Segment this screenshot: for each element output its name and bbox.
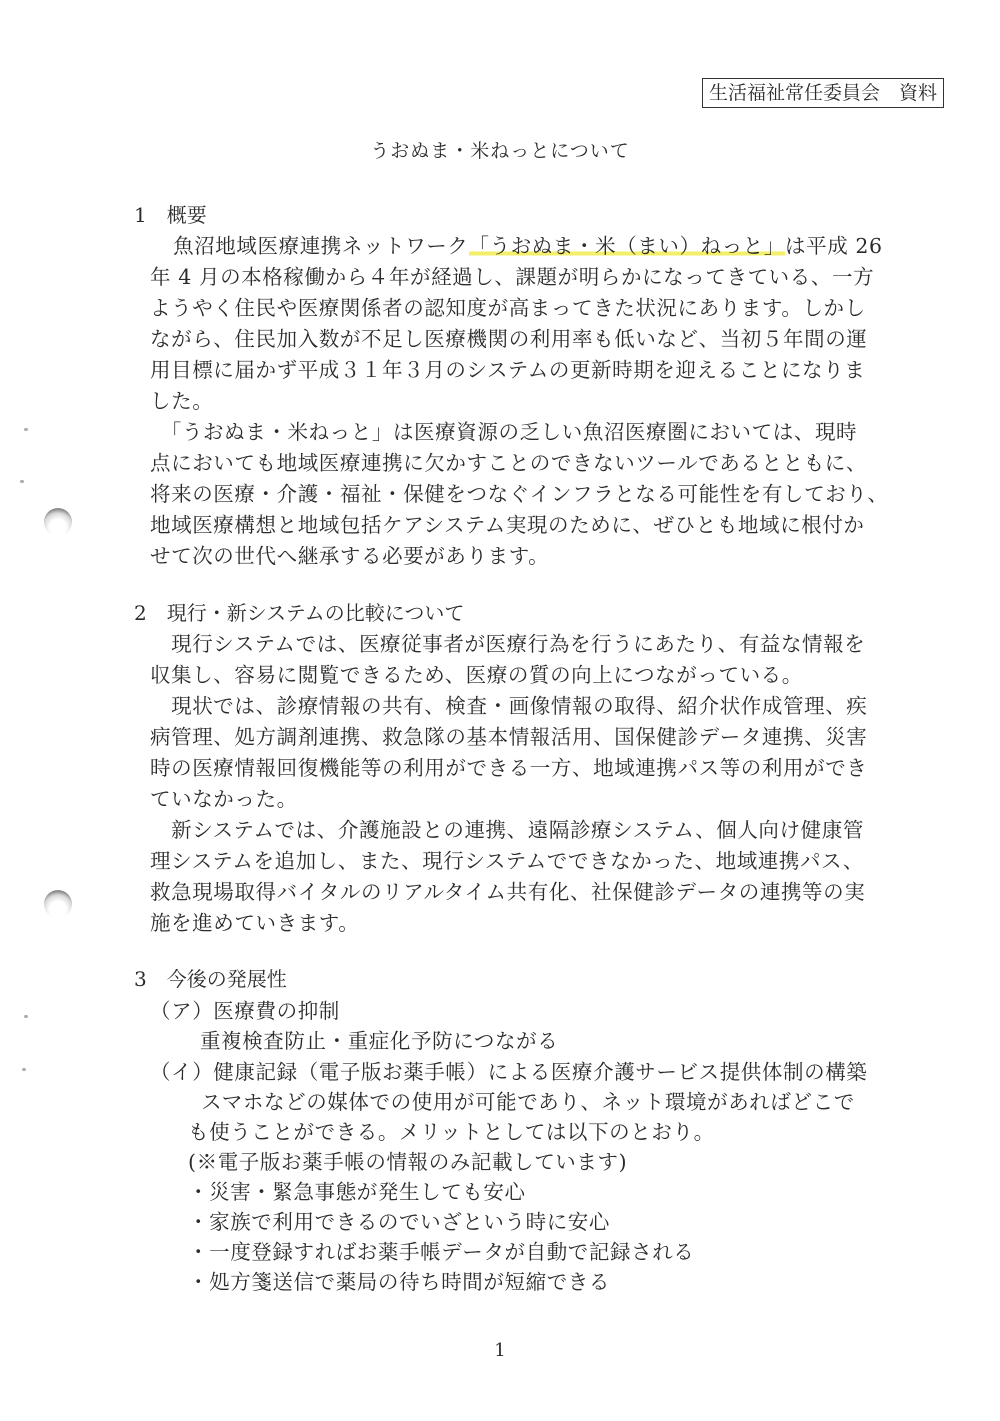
paragraph-line: 「うおぬま・米ねっと」は医療資源の乏しい魚沼医療圏においては、現時 xyxy=(150,415,857,445)
section-3-heading: 3 今後の発展性 xyxy=(134,963,287,992)
subitem-label-b: （イ）健康記録（電子版お薬手帳）による医療介護サービス提供体制の構築 xyxy=(150,1055,867,1085)
scan-speck xyxy=(24,428,28,431)
paragraph-line: 理システムを追加し、また、現行システムでできなかった、地域連携パス、 xyxy=(150,844,864,874)
paragraph-line: 現状では、診療情報の共有、検査・画像情報の取得、紹介状作成管理、疾 xyxy=(150,689,867,719)
scan-speck xyxy=(24,1015,28,1018)
bullet-item: ・災害・緊急事態が発生しても安心 xyxy=(188,1175,526,1205)
section-number: 2 xyxy=(134,601,147,625)
subitem-text: も使うことができる。メリットとしては以下のとおり。 xyxy=(188,1115,715,1145)
bullet-item: ・家族で利用できるのでいざという時に安心 xyxy=(188,1205,610,1235)
section-2-heading: 2 現行・新システムの比較について xyxy=(134,597,464,626)
paragraph-line: 施を進めていきます。 xyxy=(150,906,359,936)
punch-hole-mark xyxy=(44,508,72,536)
text-run: 魚沼地域医療連携ネットワーク xyxy=(152,234,469,258)
scan-speck xyxy=(20,480,24,483)
paragraph-line: 現行システムでは、医療従事者が医療行為を行うにあたり、有益な情報を xyxy=(150,627,865,657)
paragraph-line: せて次の世代へ継承する必要があります。 xyxy=(150,539,549,569)
paragraph-line: 年 4 月の本格稼働から４年が経過し、課題が明らかになってきている、一方 xyxy=(150,260,874,290)
document-page: 生活福祉常任委員会 資料 うおぬま・米ねっとについて 1 概要 魚沼地域医療連携… xyxy=(0,0,1000,1421)
bullet-item: ・処方箋送信で薬局の待ち時間が短縮できる xyxy=(188,1265,610,1295)
section-number: 3 xyxy=(134,967,147,991)
section-title: 現行・新システムの比較について xyxy=(167,601,465,625)
page-number: 1 xyxy=(0,1340,1000,1361)
section-number: 1 xyxy=(134,203,147,227)
subitem-text: 重複検査防止・重症化予防につながる xyxy=(200,1024,558,1054)
paragraph-line: 収集し、容易に閲覧できるため、医療の質の向上につながっている。 xyxy=(150,658,803,688)
committee-material-badge: 生活福祉常任委員会 資料 xyxy=(702,78,944,108)
paragraph-line: ようやく住民や医療関係者の認知度が高まってきた状況にあります。しかし xyxy=(150,291,866,321)
paragraph-line: ながら、住民加入数が不足し医療機関の利用率も低いなど、当初５年間の運 xyxy=(150,322,867,352)
paragraph-line: 点においても地域医療連携に欠かすことのできないツールであるとともに、 xyxy=(150,446,867,476)
paragraph-line: 新システムでは、介護施設との連携、遠隔診療システム、個人向け健康管 xyxy=(150,813,864,843)
subitem-text: スマホなどの媒体での使用が可能であり、ネット環境があればどこで xyxy=(180,1085,855,1115)
bullet-item: ・一度登録すればお薬手帳データが自動で記録される xyxy=(188,1235,694,1265)
paragraph-line: ていなかった。 xyxy=(150,782,298,812)
subitem-label-a: （ア）医療費の抑制 xyxy=(150,994,340,1024)
paragraph-line: 救急現場取得バイタルのリアルタイム共有化、社保健診データの連携等の実 xyxy=(150,875,865,905)
paragraph-line: 時の医療情報回復機能等の利用ができる一方、地域連携パス等の利用ができ xyxy=(150,751,867,781)
note-text: (※電子版お薬手帳の情報のみ記載しています) xyxy=(188,1145,627,1175)
paragraph-line: 病管理、処方調剤連携、救急隊の基本情報活用、国保健診データ連携、災害 xyxy=(150,720,867,750)
document-title: うおぬま・米ねっとについて xyxy=(0,136,1000,163)
paragraph-line: した。 xyxy=(150,384,213,414)
paragraph-line: 用目標に届かず平成３１年３月のシステムの更新時期を迎えることになりま xyxy=(150,353,865,383)
scan-speck xyxy=(22,1068,26,1071)
text-run: は平成 26 xyxy=(785,234,883,258)
section-1-heading: 1 概要 xyxy=(134,199,207,228)
paragraph-line: 魚沼地域医療連携ネットワーク「うおぬま・米（まい）ねっと」は平成 26 xyxy=(152,229,883,259)
punch-hole-mark xyxy=(44,890,72,918)
section-title: 概要 xyxy=(167,203,207,227)
paragraph-line: 地域医療構想と地域包括ケアシステム実現のために、ぜひとも地域に根付か xyxy=(150,508,865,538)
paragraph-line: 将来の医療・介護・福祉・保健をつなぐインフラとなる可能性を有しており、 xyxy=(150,477,889,507)
section-title: 今後の発展性 xyxy=(167,967,287,991)
highlighted-network-name: 「うおぬま・米（まい）ねっと」 xyxy=(469,234,786,258)
